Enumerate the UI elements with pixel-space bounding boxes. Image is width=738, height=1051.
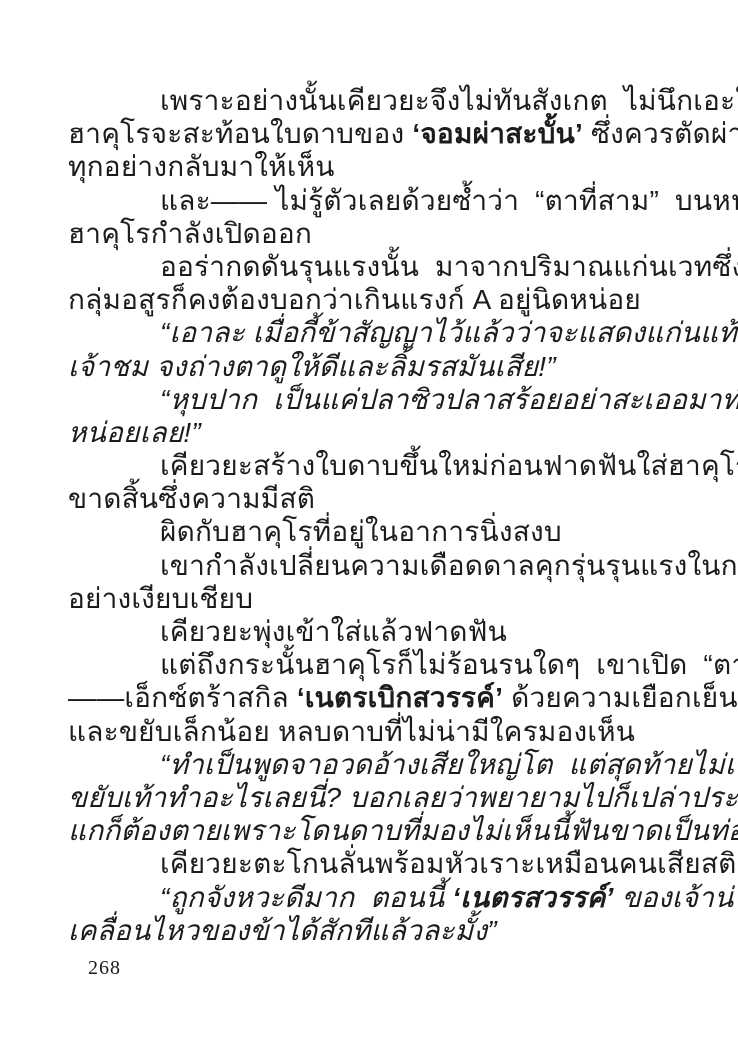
paragraph: เคียวยะตะโกนลั่นพร้อมหัวเราะเหมือนคนเสีย… — [68, 847, 674, 880]
text-segment: ขาดสิ้นซึ่งความมีสติ — [68, 483, 315, 514]
text-segment: “เอาละ เมื่อกี้ข้าสัญญาไว้แล้วว่าจะแสดงแ… — [160, 317, 738, 348]
text-line: ฮาคุโรจะสะท้อนใบดาบของ ‘จอมผ่าสะบั้น’ ซึ… — [68, 117, 674, 150]
text-line: “หุบปาก เป็นแค่ปลาซิวปลาสร้อยอย่าสะเออมา… — [68, 383, 674, 416]
text-line: “ทำเป็นพูดจาอวดอ้างเสียใหญ่โต แต่สุดท้าย… — [68, 748, 674, 781]
text-segment: ทุกอย่างกลับมาให้เห็น — [68, 151, 335, 182]
text-segment: และ—— ไม่รู้ตัวเลยด้วยซ้ำว่า “ตาที่สาม” … — [160, 185, 738, 216]
text-segment: เคียวยะตะโกนลั่นพร้อมหัวเราะเหมือนคนเสีย… — [160, 848, 737, 879]
paragraph: เคียวยะพุ่งเข้าใส่แล้วฟาดฟัน — [68, 615, 674, 648]
paragraph: ผิดกับฮาคุโรที่อยู่ในอาการนิ่งสงบ — [68, 515, 674, 548]
text-segment: แกก็ต้องตายเพราะโดนดาบที่มองไม่เห็นนี้ฟั… — [68, 815, 738, 846]
text-segment: เคียวยะสร้างใบดาบขึ้นใหม่ก่อนฟาดฟันใส่ฮา… — [160, 450, 738, 481]
text-segment: อย่างเงียบเชียบ — [68, 583, 253, 614]
text-line: แต่ถึงกระนั้นฮาคุโรก็ไม่ร้อนรนใดๆ เขาเปิ… — [68, 648, 674, 681]
text-segment: และขยับเล็กน้อย หลบดาบที่ไม่น่ามีใครมองเ… — [68, 716, 635, 747]
text-segment: กลุ่มอสูรก็คงต้องบอกว่าเกินแรงก์ A อยู่น… — [68, 284, 641, 315]
text-line: เคียวยะพุ่งเข้าใส่แล้วฟาดฟัน — [68, 615, 674, 648]
paragraph: เขากำลังเปลี่ยนความเดือดดาลคุกรุ่นรุนแรง… — [68, 549, 674, 615]
text-segment: แต่ถึงกระนั้นฮาคุโรก็ไม่ร้อนรนใดๆ เขาเปิ… — [160, 649, 738, 680]
text-segment: หน่อยเลย!” — [68, 417, 201, 448]
text-line: ——เอ็กซ์ตร้าสกิล ‘เนตรเบิกสวรรค์’ ด้วยคว… — [68, 681, 674, 714]
text-line: และ—— ไม่รู้ตัวเลยด้วยซ้ำว่า “ตาที่สาม” … — [68, 184, 674, 217]
text-line: เขากำลังเปลี่ยนความเดือดดาลคุกรุ่นรุนแรง… — [68, 549, 674, 582]
text-segment: เจ้าชม จงถ่างตาดูให้ดีและลิ้มรสมันเสีย!” — [68, 351, 556, 382]
paragraph: “หุบปาก เป็นแค่ปลาซิวปลาสร้อยอย่าสะเออมา… — [68, 383, 674, 449]
text-line: เคลื่อนไหวของข้าได้สักทีแล้วละมั้ง” — [68, 914, 674, 947]
text-line: กลุ่มอสูรก็คงต้องบอกว่าเกินแรงก์ A อยู่น… — [68, 283, 674, 316]
text-segment: “หุบปาก เป็นแค่ปลาซิวปลาสร้อยอย่าสะเออมา… — [160, 384, 738, 415]
text-line: เพราะอย่างนั้นเคียวยะจึงไม่ทันสังเกต ไม่… — [68, 84, 674, 117]
book-page: เพราะอย่างนั้นเคียวยะจึงไม่ทันสังเกต ไม่… — [0, 0, 738, 1051]
text-segment: ฮาคุโรจะสะท้อนใบดาบของ — [68, 118, 412, 149]
page-number: 268 — [88, 957, 121, 980]
emphasized-term: ‘จอมผ่าสะบั้น’ — [412, 118, 583, 149]
text-segment: ——เอ็กซ์ตร้าสกิล — [68, 682, 297, 713]
paragraph: แต่ถึงกระนั้นฮาคุโรก็ไม่ร้อนรนใดๆ เขาเปิ… — [68, 648, 674, 748]
text-segment: ขยับเท้าทำอะไรเลยนี่? บอกเลยว่าพยายามไปก… — [68, 782, 738, 813]
text-line: ขยับเท้าทำอะไรเลยนี่? บอกเลยว่าพยายามไปก… — [68, 781, 674, 814]
text-line: ทุกอย่างกลับมาให้เห็น — [68, 150, 674, 183]
paragraph: “ถูกจังหวะดีมาก ตอนนี้ ‘เนตรสวรรค์’ ของเ… — [68, 881, 674, 947]
emphasized-term: ‘เนตรสวรรค์’ — [452, 882, 613, 913]
paragraph: ออร่ากดดันรุนแรงนั้น มาจากปริมาณแก่นเวทซ… — [68, 250, 674, 316]
paragraph: และ—— ไม่รู้ตัวเลยด้วยซ้ำว่า “ตาที่สาม” … — [68, 184, 674, 250]
paragraph: “เอาละ เมื่อกี้ข้าสัญญาไว้แล้วว่าจะแสดงแ… — [68, 316, 674, 382]
text-line: “เอาละ เมื่อกี้ข้าสัญญาไว้แล้วว่าจะแสดงแ… — [68, 316, 674, 349]
text-line: ออร่ากดดันรุนแรงนั้น มาจากปริมาณแก่นเวทซ… — [68, 250, 674, 283]
text-segment: ฮาคุโรกำลังเปิดออก — [68, 218, 312, 249]
text-segment: “ทำเป็นพูดจาอวดอ้างเสียใหญ่โต แต่สุดท้าย… — [160, 749, 738, 780]
text-segment: เคียวยะพุ่งเข้าใส่แล้วฟาดฟัน — [160, 616, 507, 647]
paragraph: เคียวยะสร้างใบดาบขึ้นใหม่ก่อนฟาดฟันใส่ฮา… — [68, 449, 674, 515]
emphasized-term: ‘เนตรเบิกสวรรค์’ — [297, 682, 503, 713]
text-line: แกก็ต้องตายเพราะโดนดาบที่มองไม่เห็นนี้ฟั… — [68, 814, 674, 847]
paragraph: เพราะอย่างนั้นเคียวยะจึงไม่ทันสังเกต ไม่… — [68, 84, 674, 184]
text-line: ขาดสิ้นซึ่งความมีสติ — [68, 482, 674, 515]
text-segment: ออร่ากดดันรุนแรงนั้น มาจากปริมาณแก่นเวทซ… — [160, 251, 738, 282]
text-segment: ซึ่งควรตัดผ่าได้ — [583, 118, 738, 149]
text-segment: เพราะอย่างนั้นเคียวยะจึงไม่ทันสังเกต ไม่… — [160, 85, 738, 116]
text-segment: เขากำลังเปลี่ยนความเดือดดาลคุกรุ่นรุนแรง… — [160, 550, 738, 581]
text-line: และขยับเล็กน้อย หลบดาบที่ไม่น่ามีใครมองเ… — [68, 715, 674, 748]
text-segment: “ถูกจังหวะดีมาก ตอนนี้ — [160, 882, 452, 913]
text-line: เคียวยะสร้างใบดาบขึ้นใหม่ก่อนฟาดฟันใส่ฮา… — [68, 449, 674, 482]
text-segment: เคลื่อนไหวของข้าได้สักทีแล้วละมั้ง” — [68, 915, 497, 946]
text-line: ฮาคุโรกำลังเปิดออก — [68, 217, 674, 250]
text-block: เพราะอย่างนั้นเคียวยะจึงไม่ทันสังเกต ไม่… — [68, 84, 674, 947]
text-line: หน่อยเลย!” — [68, 416, 674, 449]
text-line: อย่างเงียบเชียบ — [68, 582, 674, 615]
text-line: “ถูกจังหวะดีมาก ตอนนี้ ‘เนตรสวรรค์’ ของเ… — [68, 881, 674, 914]
text-segment: ด้วยความเยือกเย็น มองเคียวยะ — [503, 682, 738, 713]
text-line: เจ้าชม จงถ่างตาดูให้ดีและลิ้มรสมันเสีย!” — [68, 350, 674, 383]
text-line: ผิดกับฮาคุโรที่อยู่ในอาการนิ่งสงบ — [68, 515, 674, 548]
paragraph: “ทำเป็นพูดจาอวดอ้างเสียใหญ่โต แต่สุดท้าย… — [68, 748, 674, 848]
text-line: เคียวยะตะโกนลั่นพร้อมหัวเราะเหมือนคนเสีย… — [68, 847, 674, 880]
text-segment: ผิดกับฮาคุโรที่อยู่ในอาการนิ่งสงบ — [160, 516, 562, 547]
text-segment: ของเจ้าน่าจะจับการ — [614, 882, 738, 913]
